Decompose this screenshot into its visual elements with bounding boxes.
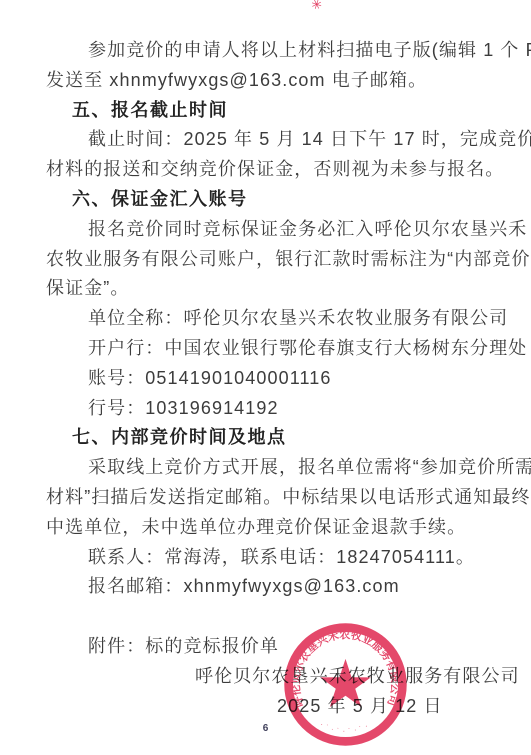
section-heading-5: 五、报名截止时间 — [46, 96, 521, 126]
red-ink-artifact: ✳ — [309, 0, 324, 14]
account-number-line: 账号：05141901040001116 — [46, 364, 521, 394]
paragraph-line: 农牧业服务有限公司账户，银行汇款时需标注为“内部竞价 — [46, 245, 521, 275]
paragraph-line: 中选单位，未中选单位办理竞价保证金退款手续。 — [46, 513, 521, 543]
paragraph-line: 发送至 xhnmyfwyxgs@163.com 电子邮箱。 — [46, 66, 521, 96]
paragraph-line: 材料的报送和交纳竞价保证金，否则视为未参与报名。 — [46, 155, 521, 185]
section-heading-7: 七、内部竞价时间及地点 — [46, 423, 521, 453]
section-heading-6: 六、保证金汇入账号 — [46, 185, 521, 215]
signature-company-line: 呼伦贝尔农垦兴禾农牧业服务有限公司 — [46, 662, 521, 692]
paragraph-line: 材料”扫描后发送指定邮箱。中标结果以电话形式通知最终 — [46, 483, 521, 513]
paragraph-line: 截止时间：2025 年 5 月 14 日下午 17 时，完成竞价所需 — [46, 125, 521, 155]
document-body: 参加竞价的申请人将以上材料扫描电子版(编辑 1 个 PDF) 发送至 xhnmy… — [46, 36, 521, 721]
paragraph-line: 报名竞价同时竞标保证金务必汇入呼伦贝尔农垦兴禾 — [46, 215, 521, 245]
signature-date-line: 2025 年 5 月 12 日 — [46, 692, 521, 722]
paragraph-line: 采取线上竞价方式开展，报名单位需将“参加竞价所需 — [46, 453, 521, 483]
blank-line — [46, 602, 521, 632]
company-name-line: 单位全称：呼伦贝尔农垦兴禾农牧业服务有限公司 — [46, 304, 521, 334]
paragraph-line: 参加竞价的申请人将以上材料扫描电子版(编辑 1 个 PDF) — [46, 36, 521, 66]
bank-branch-line: 开户行：中国农业银行鄂伦春旗支行大杨树东分理处 — [46, 334, 521, 364]
document-page: ✳ 参加竞价的申请人将以上材料扫描电子版(编辑 1 个 PDF) 发送至 xhn… — [0, 0, 531, 755]
attachment-line: 附件：标的竞标报价单 — [46, 632, 521, 662]
contact-line: 联系人：常海涛，联系电话：18247054111。 — [46, 543, 521, 573]
page-number: 6 — [0, 723, 531, 734]
bank-number-line: 行号：103196914192 — [46, 394, 521, 424]
signup-email-line: 报名邮箱：xhnmyfwyxgs@163.com — [46, 572, 521, 602]
paragraph-line: 保证金”。 — [46, 274, 521, 304]
